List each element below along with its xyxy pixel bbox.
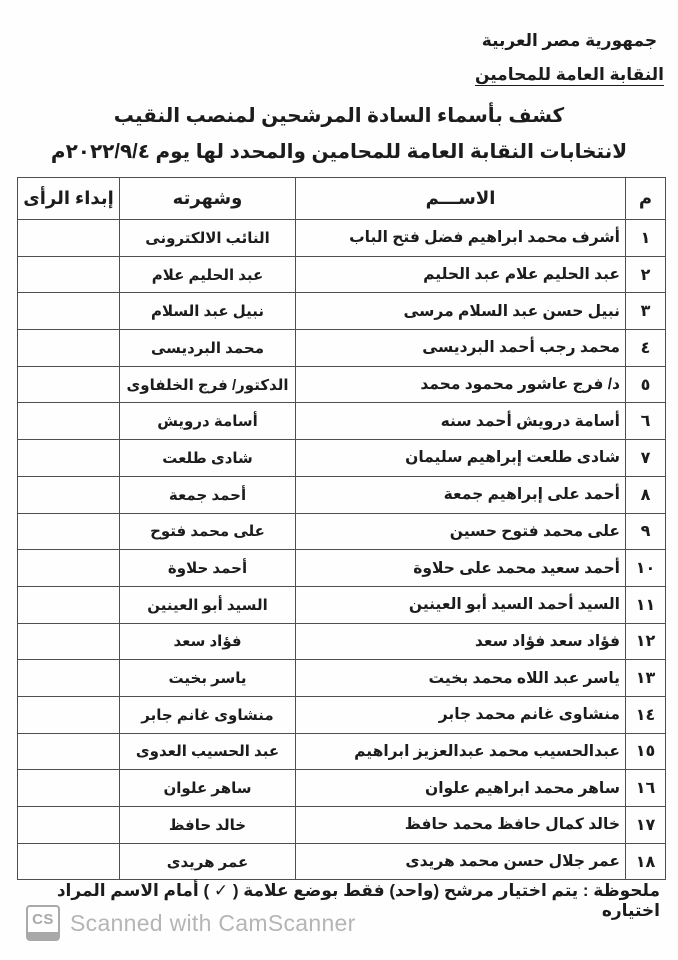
table-row: ١٨عمر جلال حسن محمد هريدىعمر هريدى — [18, 843, 666, 880]
row-number-cell: ١٠ — [626, 550, 666, 587]
opinion-cell — [18, 366, 120, 403]
alias-cell: فؤاد سعد — [120, 623, 296, 660]
table-row: ١أشرف محمد ابراهيم فضل فتح البابالنائب ا… — [18, 220, 666, 257]
alias-cell: الدكتور/ فرج الخلفاوى — [120, 366, 296, 403]
row-number-cell: ٧ — [626, 440, 666, 477]
candidate-name-cell: نبيل حسن عبد السلام مرسى — [296, 293, 626, 330]
row-number-cell: ١١ — [626, 586, 666, 623]
table-row: ١٥عبدالحسيب محمد عبدالعزيز ابراهيمعبد ال… — [18, 733, 666, 770]
opinion-cell — [18, 807, 120, 844]
row-number-cell: ١٢ — [626, 623, 666, 660]
alias-cell: أسامة درويش — [120, 403, 296, 440]
opinion-cell — [18, 256, 120, 293]
title-line-2: لانتخابات النقابة العامة للمحامين والمحد… — [0, 134, 678, 170]
candidate-name-cell: محمد رجب أحمد البرديسى — [296, 330, 626, 367]
row-number-cell: ١٤ — [626, 696, 666, 733]
table-row: ٧شادى طلعت إبراهيم سليمانشادى طلعت — [18, 440, 666, 477]
candidate-name-cell: أشرف محمد ابراهيم فضل فتح الباب — [296, 220, 626, 257]
table-header-row: م الاســـم وشهرته إبداء الرأى — [18, 178, 666, 220]
table-body: ١أشرف محمد ابراهيم فضل فتح البابالنائب ا… — [18, 220, 666, 880]
table-row: ٢عبد الحليم علام عبد الحليمعبد الحليم عل… — [18, 256, 666, 293]
document-title: كشف بأسماء السادة المرشحين لمنصب النقيب … — [0, 98, 678, 170]
country-title: جمهورية مصر العربية — [475, 24, 664, 58]
opinion-cell — [18, 770, 120, 807]
alias-cell: السيد أبو العينين — [120, 586, 296, 623]
row-number-cell: ٢ — [626, 256, 666, 293]
opinion-cell — [18, 293, 120, 330]
alias-cell: ساهر علوان — [120, 770, 296, 807]
header-opinion: إبداء الرأى — [18, 178, 120, 220]
camscanner-watermark: CS Scanned with CamScanner — [26, 905, 356, 941]
table-row: ١٠أحمد سعيد محمد على حلاوةأحمد حلاوة — [18, 550, 666, 587]
opinion-cell — [18, 513, 120, 550]
bar-association-title: النقابة العامة للمحامين — [475, 58, 664, 92]
alias-cell: شادى طلعت — [120, 440, 296, 477]
alias-cell: أحمد حلاوة — [120, 550, 296, 587]
candidates-table: م الاســـم وشهرته إبداء الرأى ١أشرف محمد… — [17, 177, 666, 880]
table-row: ٥د/ فرج عاشور محمود محمدالدكتور/ فرج الخ… — [18, 366, 666, 403]
row-number-cell: ١٦ — [626, 770, 666, 807]
candidate-name-cell: فؤاد سعد فؤاد سعد — [296, 623, 626, 660]
camscanner-label: Scanned with CamScanner — [70, 910, 356, 937]
table-header: م الاســـم وشهرته إبداء الرأى — [18, 178, 666, 220]
table-row: ٤محمد رجب أحمد البرديسىمحمد البرديسى — [18, 330, 666, 367]
candidate-name-cell: خالد كمال حافظ محمد حافظ — [296, 807, 626, 844]
candidate-name-cell: عمر جلال حسن محمد هريدى — [296, 843, 626, 880]
header-alias: وشهرته — [120, 178, 296, 220]
row-number-cell: ٣ — [626, 293, 666, 330]
opinion-cell — [18, 623, 120, 660]
candidate-name-cell: عبدالحسيب محمد عبدالعزيز ابراهيم — [296, 733, 626, 770]
candidate-name-cell: أحمد على إبراهيم جمعة — [296, 476, 626, 513]
opinion-cell — [18, 550, 120, 587]
alias-cell: النائب الالكترونى — [120, 220, 296, 257]
alias-cell: على محمد فتوح — [120, 513, 296, 550]
header-name: الاســـم — [296, 178, 626, 220]
alias-cell: عبد الحليم علام — [120, 256, 296, 293]
opinion-cell — [18, 330, 120, 367]
opinion-cell — [18, 696, 120, 733]
alias-cell: نبيل عبد السلام — [120, 293, 296, 330]
opinion-cell — [18, 440, 120, 477]
candidate-name-cell: د/ فرج عاشور محمود محمد — [296, 366, 626, 403]
row-number-cell: ١٥ — [626, 733, 666, 770]
row-number-cell: ٩ — [626, 513, 666, 550]
alias-cell: أحمد جمعة — [120, 476, 296, 513]
row-number-cell: ١٨ — [626, 843, 666, 880]
alias-cell: خالد حافظ — [120, 807, 296, 844]
row-number-cell: ١٧ — [626, 807, 666, 844]
opinion-cell — [18, 476, 120, 513]
table-row: ٩على محمد فتوح حسينعلى محمد فتوح — [18, 513, 666, 550]
candidate-name-cell: عبد الحليم علام عبد الحليم — [296, 256, 626, 293]
opinion-cell — [18, 733, 120, 770]
header-number: م — [626, 178, 666, 220]
alias-cell: محمد البرديسى — [120, 330, 296, 367]
candidate-name-cell: أحمد سعيد محمد على حلاوة — [296, 550, 626, 587]
row-number-cell: ١ — [626, 220, 666, 257]
row-number-cell: ٦ — [626, 403, 666, 440]
table-row: ١٧خالد كمال حافظ محمد حافظخالد حافظ — [18, 807, 666, 844]
opinion-cell — [18, 660, 120, 697]
row-number-cell: ١٣ — [626, 660, 666, 697]
candidate-name-cell: منشاوى غانم محمد جابر — [296, 696, 626, 733]
opinion-cell — [18, 843, 120, 880]
camscanner-logo-icon: CS — [26, 905, 60, 941]
candidate-name-cell: أسامة درويش أحمد سنه — [296, 403, 626, 440]
table-row: ٣نبيل حسن عبد السلام مرسىنبيل عبد السلام — [18, 293, 666, 330]
candidate-name-cell: السيد أحمد السيد أبو العينين — [296, 586, 626, 623]
table-row: ١٤منشاوى غانم محمد جابرمنشاوى غانم جابر — [18, 696, 666, 733]
table-row: ٦أسامة درويش أحمد سنهأسامة درويش — [18, 403, 666, 440]
opinion-cell — [18, 586, 120, 623]
scanned-document-page: جمهورية مصر العربية النقابة العامة للمحا… — [0, 0, 678, 960]
table-row: ١١السيد أحمد السيد أبو العينينالسيد أبو … — [18, 586, 666, 623]
alias-cell: منشاوى غانم جابر — [120, 696, 296, 733]
table-row: ١٣ياسر عبد اللاه محمد بخيتياسر بخيت — [18, 660, 666, 697]
candidate-name-cell: ياسر عبد اللاه محمد بخيت — [296, 660, 626, 697]
opinion-cell — [18, 403, 120, 440]
alias-cell: عبد الحسيب العدوى — [120, 733, 296, 770]
opinion-cell — [18, 220, 120, 257]
table-row: ١٢فؤاد سعد فؤاد سعدفؤاد سعد — [18, 623, 666, 660]
row-number-cell: ٨ — [626, 476, 666, 513]
table-row: ١٦ساهر محمد ابراهيم علوانساهر علوان — [18, 770, 666, 807]
candidate-name-cell: ساهر محمد ابراهيم علوان — [296, 770, 626, 807]
government-header: جمهورية مصر العربية النقابة العامة للمحا… — [475, 24, 664, 92]
candidate-name-cell: شادى طلعت إبراهيم سليمان — [296, 440, 626, 477]
row-number-cell: ٥ — [626, 366, 666, 403]
title-line-1: كشف بأسماء السادة المرشحين لمنصب النقيب — [0, 98, 678, 134]
table-row: ٨أحمد على إبراهيم جمعةأحمد جمعة — [18, 476, 666, 513]
alias-cell: عمر هريدى — [120, 843, 296, 880]
candidate-name-cell: على محمد فتوح حسين — [296, 513, 626, 550]
alias-cell: ياسر بخيت — [120, 660, 296, 697]
row-number-cell: ٤ — [626, 330, 666, 367]
